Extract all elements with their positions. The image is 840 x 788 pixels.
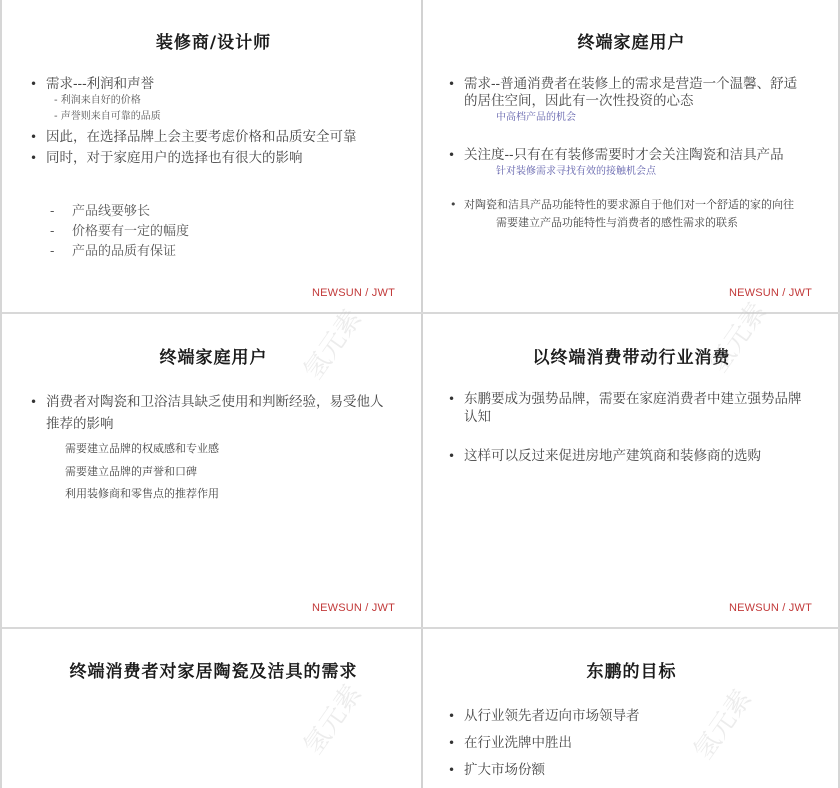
slide-title: 东鹏的目标 <box>423 657 840 682</box>
slide-title: 以终端消费带动行业消费 <box>423 343 840 368</box>
bullet-icon: • <box>450 197 457 213</box>
bullet-icon: • <box>30 74 37 94</box>
slide-title: 终端家庭用户 <box>4 343 423 368</box>
dash-item: - 价格要有一定的幅度 <box>72 221 189 242</box>
bullet-continuation: 认知 <box>464 407 491 427</box>
bullet-continuation: 推荐的影响 <box>46 414 114 434</box>
bullet-item: • 因此，在选择品牌上会主要考虑价格和品质安全可靠 <box>46 127 357 147</box>
brand-footer: NEWSUN / JWT <box>729 602 812 614</box>
dash-icon: - <box>50 241 54 262</box>
slide-title: 终端家庭用户 <box>423 28 840 53</box>
sub-item: - 利润来自好的价格 <box>54 93 141 109</box>
bullet-item: • 关注度--只有在有装修需要时才会关注陶瓷和洁具产品 <box>464 145 784 165</box>
bullet-icon: • <box>448 145 455 165</box>
bullet-item: • 消费者对陶瓷和卫浴洁具缺乏使用和判断经验，易受他人 <box>46 392 384 412</box>
brand-footer: NEWSUN / JWT <box>312 287 395 299</box>
bullet-icon: • <box>448 74 455 94</box>
slide-thumbnail-2[interactable]: 终端家庭用户 • 需求--普通消费者在装修上的需求是营造一个温馨、舒适 的居住空… <box>423 0 840 312</box>
bullet-item: • 东鹏要成为强势品牌，需要在家庭消费者中建立强势品牌 <box>464 389 802 409</box>
bullet-icon: • <box>448 760 455 780</box>
note-link: 中高档产品的机会 <box>496 110 576 126</box>
bullet-item: • 需求---利润和声誉 <box>46 74 154 94</box>
brand-footer: NEWSUN / JWT <box>312 602 395 614</box>
slide-thumbnail-3[interactable]: 终端家庭用户 • 消费者对陶瓷和卫浴洁具缺乏使用和判断经验，易受他人 推荐的影响… <box>4 314 423 627</box>
dash-item: - 产品的品质有保证 <box>72 241 176 262</box>
bullet-icon: • <box>30 392 37 412</box>
slide-title: 终端消费者对家居陶瓷及洁具的需求 <box>4 657 423 682</box>
slide-grid: 装修商/设计师 • 需求---利润和声誉 - 利润来自好的价格 - 声誉则来自可… <box>0 0 840 788</box>
slide-thumbnail-5[interactable]: 终端消费者对家居陶瓷及洁具的需求 <box>4 629 423 788</box>
sub-item: 需要建立品牌的声誉和口碑 <box>65 464 197 480</box>
bullet-item: • 对陶瓷和洁具产品功能特性的要求源自于他们对一个舒适的家的向往 <box>464 197 794 213</box>
dash-icon: - <box>50 201 54 222</box>
bullet-item: • 扩大市场份额 <box>464 760 545 780</box>
bullet-icon: • <box>448 706 455 726</box>
note-text: 需要建立产品功能特性与消费者的感性需求的联系 <box>496 215 738 231</box>
slide-title: 装修商/设计师 <box>4 28 423 53</box>
sub-item: - 声誉则来自可靠的品质 <box>54 109 161 125</box>
slide-thumbnail-1[interactable]: 装修商/设计师 • 需求---利润和声誉 - 利润来自好的价格 - 声誉则来自可… <box>4 0 423 312</box>
bullet-item: • 在行业洗牌中胜出 <box>464 733 572 753</box>
bullet-continuation: 的居住空间，因此有一次性投资的心态 <box>464 91 694 111</box>
dash-item: - 产品线要够长 <box>72 201 150 222</box>
bullet-icon: • <box>448 389 455 409</box>
slide-thumbnail-4[interactable]: 以终端消费带动行业消费 • 东鹏要成为强势品牌，需要在家庭消费者中建立强势品牌 … <box>423 314 840 627</box>
note-link: 针对装修需求寻找有效的接触机会点 <box>496 164 656 180</box>
dash-icon: - <box>50 221 54 242</box>
bullet-item: • 这样可以反过来促进房地产建筑商和装修商的选购 <box>464 446 761 466</box>
sub-item: 利用装修商和零售点的推荐作用 <box>65 486 219 502</box>
bullet-item: • 同时，对于家庭用户的选择也有很大的影响 <box>46 148 303 168</box>
bullet-icon: • <box>30 148 37 168</box>
sub-item: 需要建立品牌的权威感和专业感 <box>65 441 219 457</box>
bullet-icon: • <box>30 127 37 147</box>
bullet-item: • 从行业领先者迈向市场领导者 <box>464 706 640 726</box>
brand-footer: NEWSUN / JWT <box>729 287 812 299</box>
bullet-icon: • <box>448 733 455 753</box>
bullet-icon: • <box>448 446 455 466</box>
slide-thumbnail-6[interactable]: 东鹏的目标 • 从行业领先者迈向市场领导者 • 在行业洗牌中胜出 • 扩大市场份… <box>423 629 840 788</box>
